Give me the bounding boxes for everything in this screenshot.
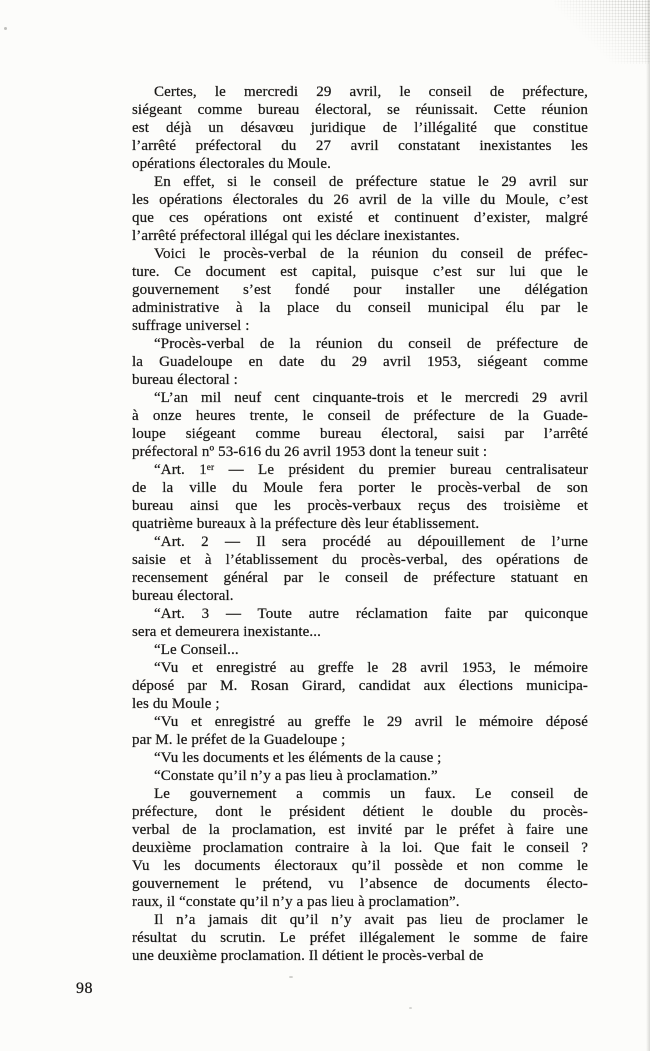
paragraph: “Art. 2 — Il sera procédé au dépouilleme… — [132, 533, 588, 605]
text-line: préfectoral nº 53-616 du 26 avril 1953 d… — [132, 443, 588, 461]
text-line: sera et demeurera inexistante... — [132, 623, 588, 641]
text-line: par M. le préfet de la Guadeloupe ; — [132, 731, 588, 749]
text-line: les du Moule ; — [132, 695, 588, 713]
text-line: deuxième proclamation contraire à la loi… — [132, 839, 588, 857]
paragraph: “L’an mil neuf cent cinquante-trois et l… — [132, 389, 588, 461]
text-line: Voici le procès-verbal de la réunion du … — [132, 245, 588, 263]
paragraph: “Vu les documents et les éléments de la … — [132, 749, 588, 767]
text-line: une deuxième proclamation. Il détient le… — [132, 947, 588, 965]
text-line: suffrage universel : — [132, 317, 588, 335]
paragraph: “Le Conseil... — [132, 641, 588, 659]
text-line: administrative à la place du conseil mun… — [132, 299, 588, 317]
text-line: ture. Ce document est capital, puisque c… — [132, 263, 588, 281]
paragraph: “Art. 3 — Toute autre réclamation faite … — [132, 605, 588, 641]
text-line: bureau ainsi que les procès-verbaux reçu… — [132, 497, 588, 515]
text-line: “Vu les documents et les éléments de la … — [132, 749, 588, 767]
text-line: En effet, si le conseil de préfecture st… — [132, 173, 588, 191]
page-number: 98 — [76, 980, 93, 998]
text-line: bureau électoral. — [132, 587, 588, 605]
text-line: déposé par M. Rosan Girard, candidat aux… — [132, 677, 588, 695]
paragraph: Certes, le mercredi 29 avril, le conseil… — [132, 83, 588, 173]
text-line: verbal de la proclamation, est invité pa… — [132, 821, 588, 839]
paragraph: “Art. 1ᵉʳ — Le président du premier bure… — [132, 461, 588, 533]
text-line: résultat du scrutin. Le préfet illégalem… — [132, 929, 588, 947]
scan-speckle — [289, 976, 293, 978]
paragraph: “Constate qu’il n’y a pas lieu à proclam… — [132, 767, 588, 785]
paragraph: Il n’a jamais dit qu’il n’y avait pas li… — [132, 911, 588, 965]
text-line: que ces opérations ont existé et continu… — [132, 209, 588, 227]
text-line: la Guadeloupe en date du 29 avril 1953, … — [132, 353, 588, 371]
scan-noise-corner — [554, 0, 650, 64]
text-line: “Art. 2 — Il sera procédé au dépouilleme… — [132, 533, 588, 551]
paragraph: “Procès-verbal de la réunion du conseil … — [132, 335, 588, 389]
scan-speckle — [409, 1007, 412, 1009]
text-line: “L’an mil neuf cent cinquante-trois et l… — [132, 389, 588, 407]
text-line: Certes, le mercredi 29 avril, le conseil… — [132, 83, 588, 101]
text-line: saisie et à l’établissement du procès-ve… — [132, 551, 588, 569]
paragraph: “Vu et enregistré au greffe le 28 avril … — [132, 659, 588, 713]
text-line: loupe siégeant comme bureau électoral, s… — [132, 425, 588, 443]
text-line: Il n’a jamais dit qu’il n’y avait pas li… — [132, 911, 588, 929]
body-text: Certes, le mercredi 29 avril, le conseil… — [132, 83, 588, 965]
text-line: de la ville du Moule fera porter le proc… — [132, 479, 588, 497]
text-line: opérations électorales du Moule. — [132, 155, 588, 173]
paragraph: En effet, si le conseil de préfecture st… — [132, 173, 588, 245]
text-line: gouvernement s’est fondé pour installer … — [132, 281, 588, 299]
text-line: “Vu et enregistré au greffe le 28 avril … — [132, 659, 588, 677]
scan-speckle — [4, 27, 7, 30]
paragraph: “Vu et enregistré au greffe le 29 avril … — [132, 713, 588, 749]
text-line: “Art. 1ᵉʳ — Le président du premier bure… — [132, 461, 588, 479]
text-line: quatrième bureaux à la préfecture dès le… — [132, 515, 588, 533]
text-line: à onze heures trente, le conseil de préf… — [132, 407, 588, 425]
paragraph: Le gouvernement a commis un faux. Le con… — [132, 785, 588, 911]
text-line: “Procès-verbal de la réunion du conseil … — [132, 335, 588, 353]
scan-edge-shadow — [646, 0, 650, 1051]
text-line: “Constate qu’il n’y a pas lieu à proclam… — [132, 767, 588, 785]
text-line: est déjà un désavœu juridique de l’illég… — [132, 119, 588, 137]
text-line: gouvernement le prétend, vu l’absence de… — [132, 875, 588, 893]
text-line: “Art. 3 — Toute autre réclamation faite … — [132, 605, 588, 623]
text-line: l’arrêté préfectoral du 27 avril constat… — [132, 137, 588, 155]
text-line: siégeant comme bureau électoral, se réun… — [132, 101, 588, 119]
text-line: recensement général par le conseil de pr… — [132, 569, 588, 587]
text-line: Le gouvernement a commis un faux. Le con… — [132, 785, 588, 803]
text-line: les opérations électorales du 26 avril d… — [132, 191, 588, 209]
book-page: Certes, le mercredi 29 avril, le conseil… — [0, 0, 650, 1051]
text-line: préfecture, dont le président détient le… — [132, 803, 588, 821]
text-line: bureau électoral : — [132, 371, 588, 389]
text-line: “Le Conseil... — [132, 641, 588, 659]
paragraph: Voici le procès-verbal de la réunion du … — [132, 245, 588, 335]
text-line: “Vu et enregistré au greffe le 29 avril … — [132, 713, 588, 731]
text-line: l’arrêté préfectoral illégal qui les déc… — [132, 227, 588, 245]
text-line: Vu les documents électoraux qu’il possèd… — [132, 857, 588, 875]
text-line: raux, il “constate qu’il n’y a pas lieu … — [132, 893, 588, 911]
